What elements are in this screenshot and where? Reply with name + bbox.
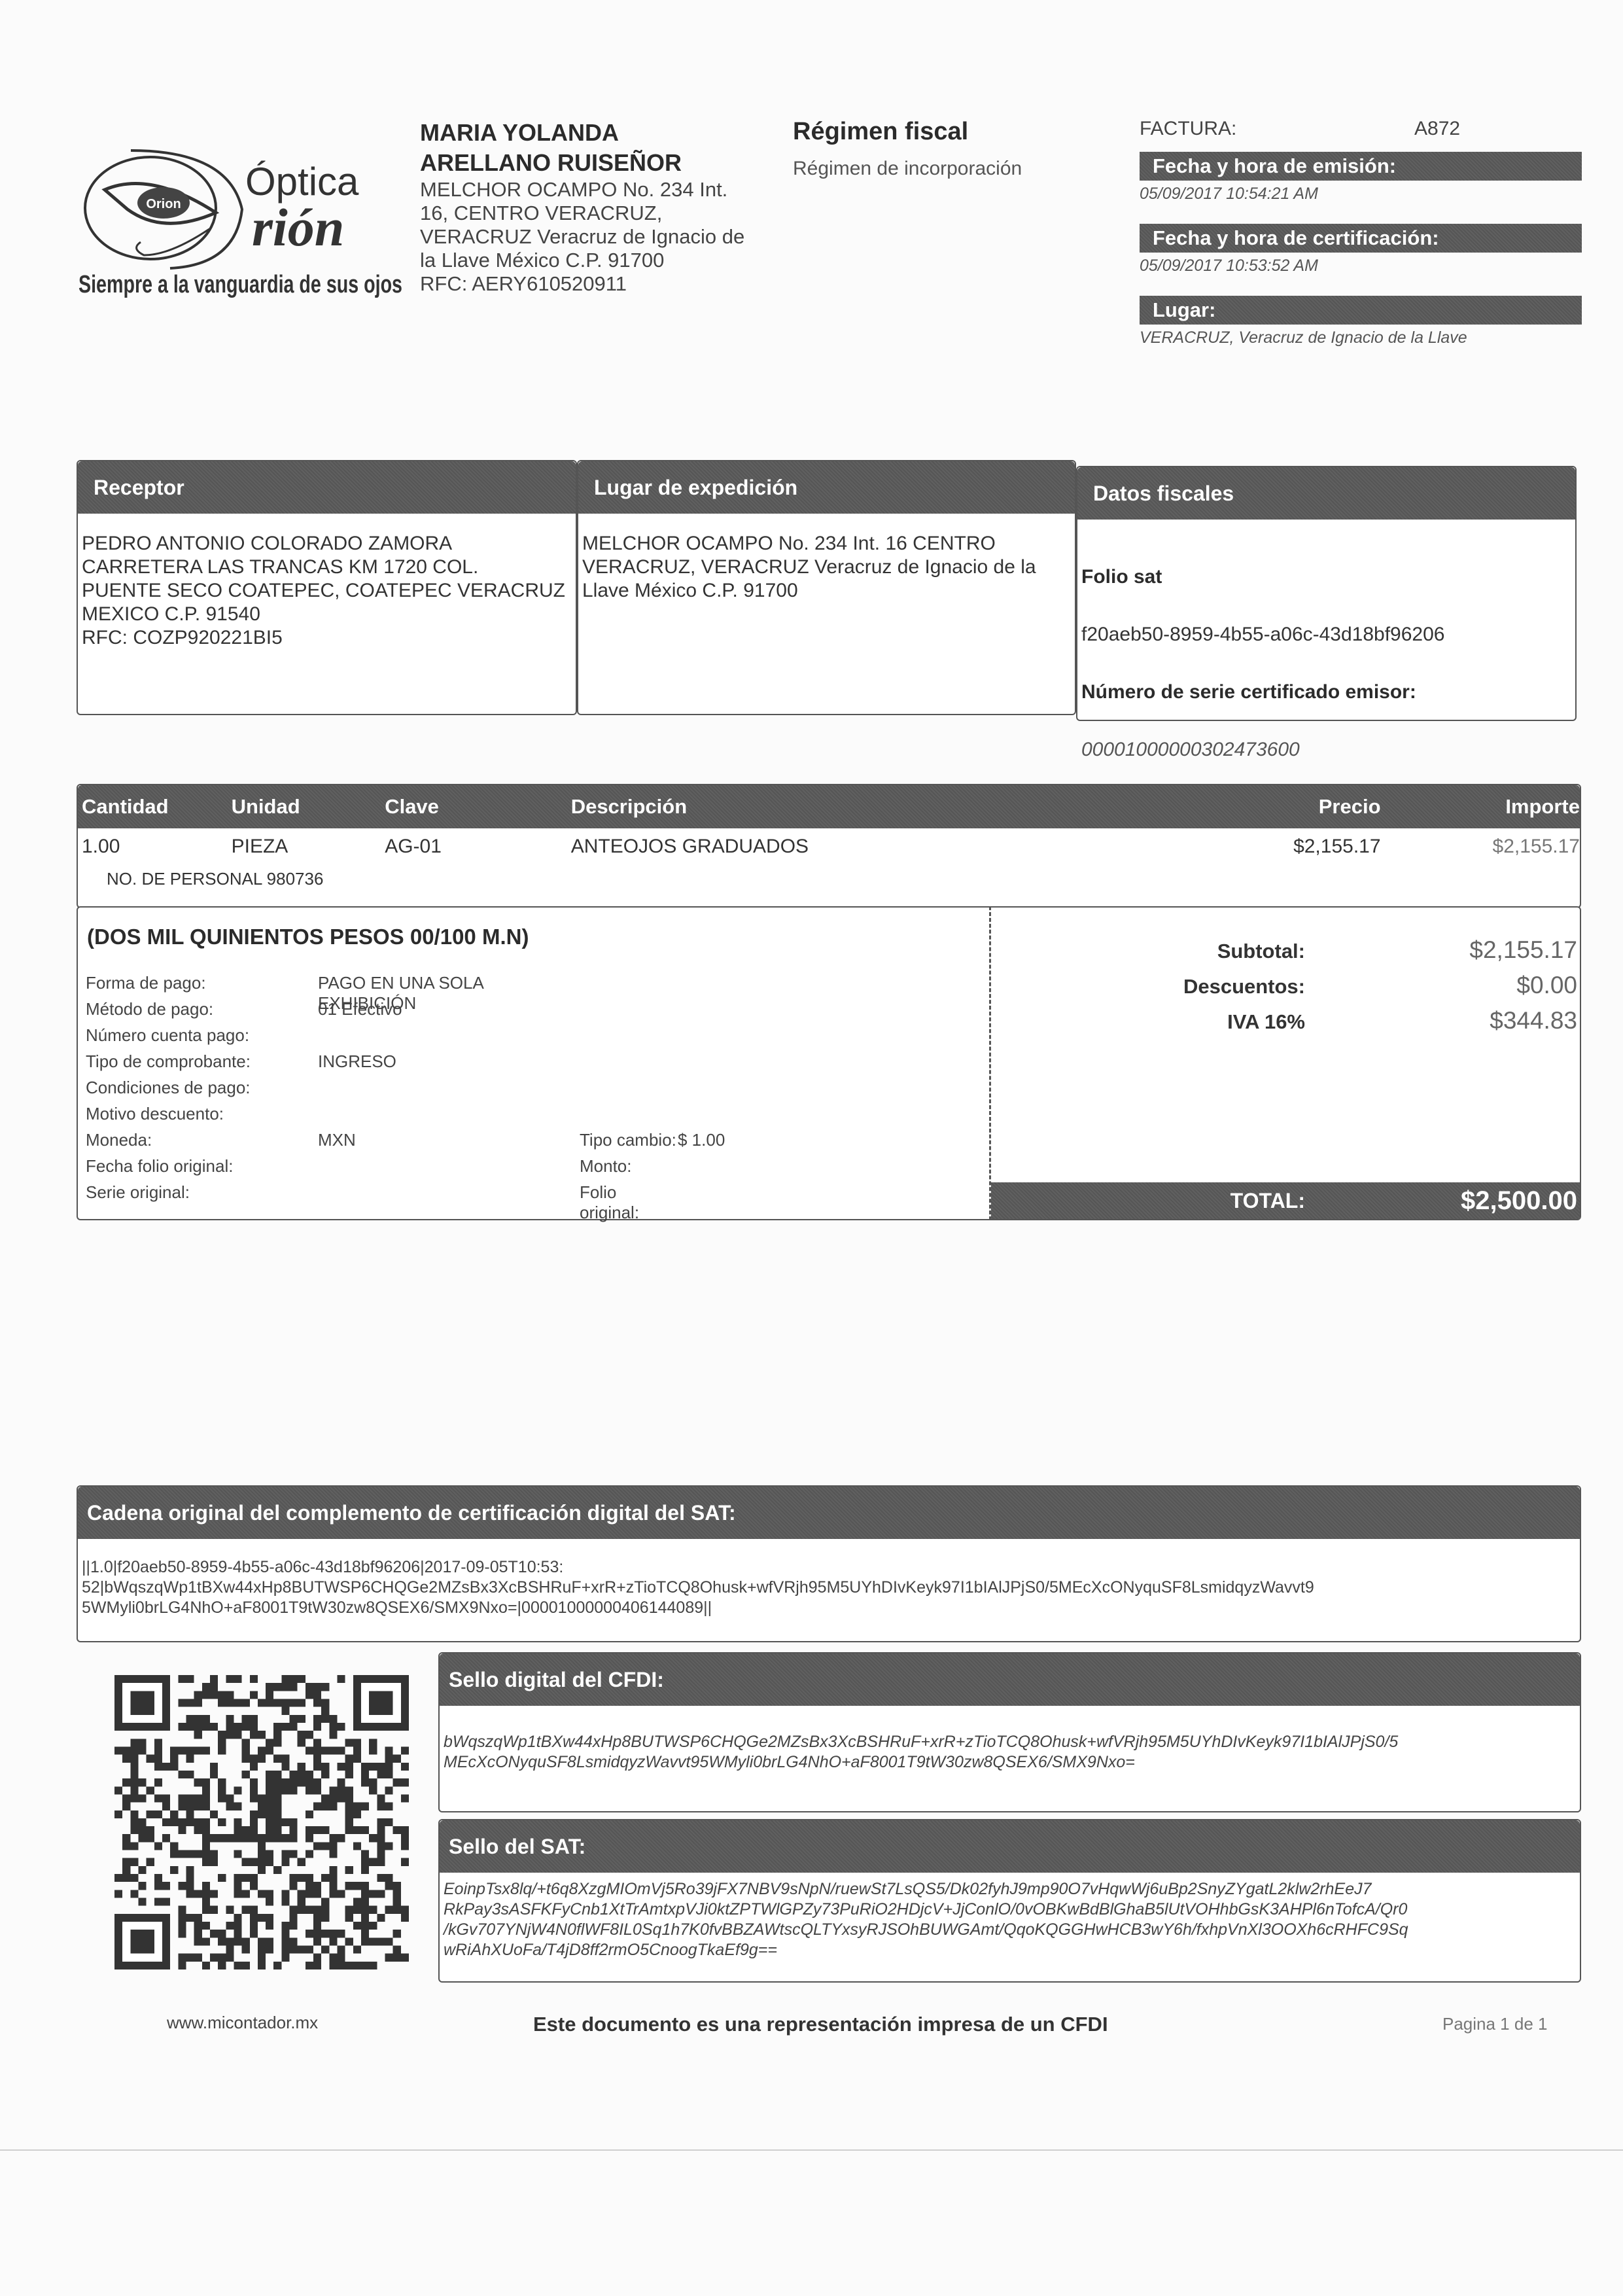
cell-cantidad: 1.00 [78, 836, 232, 858]
iva-label: IVA 16% [1109, 1010, 1305, 1034]
col-descripcion: Descripción [571, 795, 1145, 819]
total-row: TOTAL: $2,500.00 [991, 1182, 1580, 1219]
cell-importe: $2,155.17 [1381, 836, 1580, 858]
payment-field-value: MXN [318, 1130, 580, 1156]
payment-field-row: Motivo descuento: [86, 1104, 991, 1130]
sello-cfdi-box: Sello digital del CFDI: bWqszqWp1tBXw44x… [438, 1652, 1581, 1812]
payment-field-label: Condiciones de pago: [86, 1078, 318, 1104]
issuer-address-line: VERACRUZ Veracruz de Ignacio de [420, 225, 786, 249]
subtotal-value: $2,155.17 [1305, 936, 1580, 964]
lugar-expedicion-box: Lugar de expedición MELCHOR OCAMPO No. 2… [577, 460, 1076, 715]
issuer-address-line: 16, CENTRO VERACRUZ, [420, 202, 786, 225]
payment-field-label-secondary: Monto: [580, 1156, 678, 1182]
payment-field-value: 01 Efectivo [318, 999, 580, 1025]
svg-text:Óptica: Óptica [245, 160, 359, 203]
payment-field-row: Número cuenta pago: [86, 1025, 991, 1051]
descuentos-label: Descuentos: [1109, 975, 1305, 998]
col-importe: Importe [1381, 795, 1580, 819]
lugar-expedicion-title: Lugar de expedición [578, 461, 1075, 514]
payment-field-row: Moneda:MXNTipo cambio:$ 1.00 [86, 1130, 991, 1156]
payment-field-row: Condiciones de pago: [86, 1078, 991, 1104]
col-unidad: Unidad [232, 795, 385, 819]
payment-field-row: Serie original:Folio original: [86, 1182, 991, 1209]
payment-field-label: Serie original: [86, 1182, 318, 1209]
payment-field-value [318, 1156, 580, 1182]
regimen-value: Régimen de incorporación [793, 158, 1094, 180]
payment-field-row: Forma de pago:PAGO EN UNA SOLA EXHIBICIÓ… [86, 973, 991, 999]
col-clave: Clave [385, 795, 571, 819]
eye-logo-icon: Orion Óptica rión Siempre a la vanguardi… [79, 137, 406, 308]
payment-field-label: Motivo descuento: [86, 1104, 318, 1130]
lugar-expedicion-body: MELCHOR OCAMPO No. 234 Int. 16 CENTRO VE… [578, 514, 1075, 603]
payment-field-value [318, 1182, 580, 1209]
issuer-name-line1: MARIA YOLANDA [420, 118, 786, 148]
payment-field-value: PAGO EN UNA SOLA EXHIBICIÓN [318, 973, 580, 999]
issuer-block: MARIA YOLANDA ARELLANO RUISEÑOR MELCHOR … [420, 118, 786, 296]
payment-field-value [318, 1078, 580, 1104]
payment-field-label: Número cuenta pago: [86, 1025, 318, 1051]
payment-field-label: Forma de pago: [86, 973, 318, 999]
items-table: Cantidad Unidad Clave Descripción Precio… [77, 784, 1581, 908]
subtotal-row: Subtotal: $2,155.17 [991, 936, 1580, 970]
footer-website: www.micontador.mx [167, 2013, 318, 2033]
sello-sat-value: EoinpTsx8lq/+t6q8XzgMIOmVj5Ro39jFX7NBV9s… [440, 1879, 1580, 1960]
payment-field-label: Método de pago: [86, 999, 318, 1025]
col-precio: Precio [1145, 795, 1380, 819]
svg-text:Orion: Orion [146, 197, 181, 211]
payment-field-label: Moneda: [86, 1130, 318, 1156]
cadena-original-title: Cadena original del complemento de certi… [78, 1487, 1580, 1539]
cert-emisor-value: 00001000000302473600 [1081, 735, 1571, 764]
qr-code-icon [114, 1675, 409, 1969]
scan-edge-divider [0, 2149, 1623, 2151]
cell-descripcion: ANTEOJOS GRADUADOS [571, 836, 1145, 858]
cell-unidad: PIEZA [232, 836, 385, 858]
page-indicator: Pagina 1 de 1 [1442, 2014, 1547, 2034]
cert-emisor-label: Número de serie certificado emisor: [1081, 678, 1571, 707]
emision-label: Fecha y hora de emisión: [1140, 152, 1582, 181]
receptor-box: Receptor PEDRO ANTONIO COLORADO ZAMORA C… [77, 460, 577, 715]
iva-row: IVA 16% $344.83 [991, 1007, 1580, 1041]
company-logo: Orion Óptica rión Siempre a la vanguardi… [79, 137, 406, 308]
cadena-original-value: ||1.0|f20aeb50-8959-4b55-a06c-43d18bf962… [78, 1557, 1580, 1618]
sello-sat-title: Sello del SAT: [440, 1820, 1580, 1873]
table-row: 1.00 PIEZA AG-01 ANTEOJOS GRADUADOS $2,1… [78, 828, 1580, 865]
receptor-title: Receptor [78, 461, 576, 514]
payment-details: (DOS MIL QUINIENTOS PESOS 00/100 M.N) Fo… [77, 906, 991, 1220]
payment-fields: Forma de pago:PAGO EN UNA SOLA EXHIBICIÓ… [86, 973, 991, 1209]
payment-field-row: Fecha folio original:Monto: [86, 1156, 991, 1182]
regimen-title: Régimen fiscal [793, 118, 1094, 146]
total-label: TOTAL: [1109, 1189, 1305, 1213]
cadena-original-box: Cadena original del complemento de certi… [77, 1485, 1581, 1642]
folio-sat-value: f20aeb50-8959-4b55-a06c-43d18bf96206 [1081, 620, 1571, 649]
receptor-body: PEDRO ANTONIO COLORADO ZAMORA CARRETERA … [78, 514, 576, 650]
lugar-label: Lugar: [1140, 296, 1582, 325]
totals-box: Subtotal: $2,155.17 Descuentos: $0.00 IV… [989, 906, 1581, 1220]
certificacion-label: Fecha y hora de certificación: [1140, 224, 1582, 253]
importe-letra: (DOS MIL QUINIENTOS PESOS 00/100 M.N) [87, 925, 991, 949]
payment-field-label: Tipo de comprobante: [86, 1051, 318, 1078]
sello-cfdi-value: bWqszqWp1tBXw44xHp8BUTWSP6CHQGe2MZsBx3Xc… [440, 1732, 1580, 1773]
cell-precio: $2,155.17 [1145, 836, 1380, 858]
sello-cfdi-title: Sello digital del CFDI: [440, 1653, 1580, 1706]
regimen-fiscal: Régimen fiscal Régimen de incorporación [793, 118, 1094, 180]
descuentos-row: Descuentos: $0.00 [991, 972, 1580, 1006]
factura-label: FACTURA: [1140, 118, 1414, 144]
footer-note: Este documento es una representación imp… [533, 2013, 1108, 2036]
payment-field-value: INGRESO [318, 1051, 580, 1078]
issuer-name-line2: ARELLANO RUISEÑOR [420, 148, 786, 178]
item-note: NO. DE PERSONAL 980736 [78, 869, 1580, 889]
svg-text:Siempre a la vanguardia de sus: Siempre a la vanguardia de sus ojos [79, 271, 402, 298]
datos-fiscales-box: Datos fiscales Folio sat f20aeb50-8959-4… [1076, 466, 1577, 721]
payment-field-label-secondary: Folio original: [580, 1182, 678, 1209]
payment-field-value [318, 1104, 580, 1130]
issuer-rfc: RFC: AERY610520911 [420, 272, 786, 296]
svg-text:rión: rión [252, 198, 344, 257]
lugar-value: VERACRUZ, Veracruz de Ignacio de la Llav… [1140, 328, 1582, 352]
payment-field-value [318, 1025, 580, 1051]
descuentos-value: $0.00 [1305, 972, 1580, 999]
payment-field-row: Tipo de comprobante:INGRESO [86, 1051, 991, 1078]
datos-fiscales-title: Datos fiscales [1077, 467, 1575, 520]
factura-number: A872 [1414, 118, 1460, 144]
emision-value: 05/09/2017 10:54:21 AM [1140, 185, 1582, 208]
payment-field-label-secondary: Tipo cambio: [580, 1130, 678, 1156]
payment-field-label: Fecha folio original: [86, 1156, 318, 1182]
folio-sat-label: Folio sat [1081, 563, 1571, 592]
total-value: $2,500.00 [1305, 1186, 1580, 1216]
subtotal-label: Subtotal: [1109, 940, 1305, 963]
items-header: Cantidad Unidad Clave Descripción Precio… [78, 785, 1580, 828]
issuer-address-line: la Llave México C.P. 91700 [420, 249, 786, 272]
payment-field-value-secondary: $ 1.00 [678, 1130, 725, 1156]
col-cantidad: Cantidad [78, 795, 232, 819]
iva-value: $344.83 [1305, 1007, 1580, 1034]
cell-clave: AG-01 [385, 836, 571, 858]
issuer-address-line: MELCHOR OCAMPO No. 234 Int. [420, 178, 786, 202]
sello-sat-box: Sello del SAT: EoinpTsx8lq/+t6q8XzgMIOmV… [438, 1819, 1581, 1983]
invoice-header: FACTURA: A872 Fecha y hora de emisión: 0… [1140, 118, 1582, 352]
certificacion-value: 05/09/2017 10:53:52 AM [1140, 256, 1582, 280]
payment-field-row: Método de pago:01 Efectivo [86, 999, 991, 1025]
